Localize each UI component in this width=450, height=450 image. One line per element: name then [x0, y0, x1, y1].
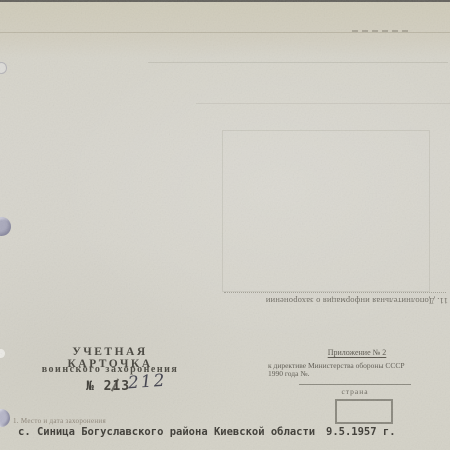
country-stamp-box — [335, 399, 393, 424]
field1-place-value: с. Синица Богуславского района Киевской … — [18, 426, 315, 438]
card-number-typed: № 213 — [86, 379, 130, 394]
paper-crease-line — [0, 32, 450, 33]
hole-punch-top — [0, 217, 11, 236]
appendix-year-line: 1990 года №. — [268, 369, 309, 378]
paper-speck-top — [0, 62, 7, 74]
bleed-through-table-rect — [222, 130, 430, 292]
country-field-rule — [299, 384, 411, 385]
rotated-section-11-heading: 11. Дополнительная информация о захороне… — [222, 296, 448, 306]
field1-date-value: 9.5.1957 г. — [326, 426, 396, 438]
card-number-handwritten: 212 — [127, 371, 167, 394]
field1-label: 1. Место и дата захоронения — [13, 417, 106, 425]
hole-punch-bottom — [0, 409, 10, 427]
pencil-dash-marks — [352, 30, 408, 32]
bleed-through-line-2 — [196, 103, 450, 104]
scanned-burial-card: 11. Дополнительная информация о захороне… — [0, 0, 450, 450]
paper-speck-middle — [0, 349, 5, 358]
scan-top-edge-shadow — [0, 0, 450, 2]
appendix-heading: Приложение № 2 — [272, 348, 442, 357]
dotted-fill-rule — [224, 292, 446, 293]
card-subtitle: воинского захоронения — [28, 364, 192, 375]
country-field-label: страна — [299, 387, 411, 396]
bleed-through-line-1 — [148, 62, 448, 63]
